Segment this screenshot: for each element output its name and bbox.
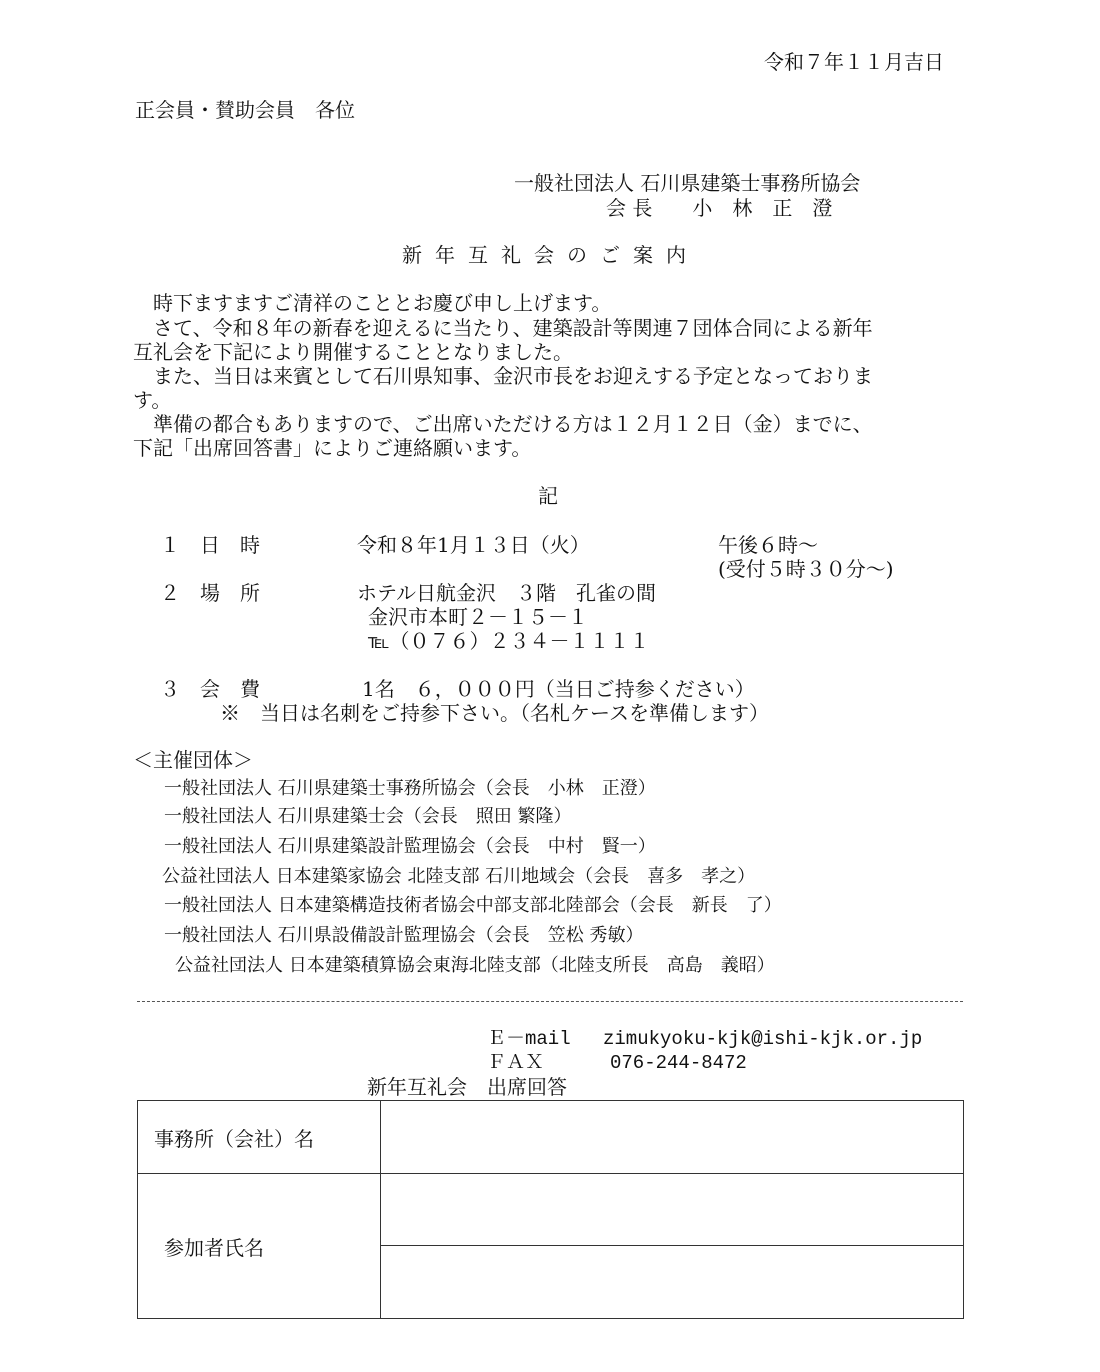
body-line: また、当日は来賓として石川県知事、金沢市長をお迎えする予定となっておりま (133, 366, 873, 386)
organizers-heading: ＜主催団体＞ (133, 750, 253, 770)
body-line: 互礼会を下記により開催することとなりました。 (133, 342, 573, 362)
fee-note: ※ 当日は名刺をご持参下さい。（名札ケースを準備します） (220, 703, 769, 723)
organizer-item: 一般社団法人 石川県建築士会（会長 照田 繁隆） (164, 808, 571, 826)
organizer-item: 一般社団法人 日本建築構造技術者協会中部支部北陸部会（会長 新長 了） (164, 897, 782, 915)
attendee-name-field-1[interactable] (381, 1174, 964, 1246)
body-line: 下記「出席回答書」によりご連絡願います。 (133, 438, 531, 458)
sender-name: 会 長 小 林 正 澄 (606, 198, 832, 218)
organizer-item: 一般社団法人 石川県建築士事務所協会（会長 小林 正澄） (164, 780, 656, 798)
detail-number: ２ (160, 583, 180, 603)
reception-time: (受付５時３０分～) (718, 559, 894, 579)
email-address[interactable]: zimukyoku-kjk@ishi-kjk.or.jp (603, 1030, 922, 1049)
office-name-label: 事務所（会社）名 (138, 1101, 381, 1174)
event-date: 令和８年1月１３日（火） (357, 535, 590, 555)
reply-form-table: 事務所（会社）名 参加者氏名 (137, 1100, 964, 1319)
document-title: 新年互礼会のご案内 (402, 245, 699, 265)
body-line: す。 (133, 390, 171, 410)
addressee: 正会員・賛助会員 各位 (135, 100, 355, 120)
detail-label: 場 所 (200, 583, 260, 603)
document-date: 令和７年１１月吉日 (764, 52, 944, 72)
event-time: 午後６時～ (718, 535, 818, 555)
organizer-item: 公益社団法人 日本建築家協会 北陸支部 石川地域会（会長 喜多 孝之） (162, 868, 755, 886)
organizer-item: 公益社団法人 日本建築積算協会東海北陸支部（北陸支所長 高島 義昭） (175, 957, 775, 975)
fax-number: 076-244-8472 (610, 1054, 747, 1073)
office-name-field[interactable] (381, 1101, 964, 1174)
venue-tel: ℡（０７６）２３４－１１１１ (368, 631, 649, 651)
detail-number: ３ (160, 679, 180, 699)
body-line: さて、令和８年の新春を迎えるに当たり、建築設計等関連７団体合同による新年 (133, 318, 873, 338)
cut-line-divider (137, 1001, 963, 1002)
venue-address: 金沢市本町２－１５－１ (368, 607, 588, 627)
attendee-name-field-2[interactable] (381, 1246, 964, 1319)
body-line: 準備の都合もありますので、ご出席いただける方は１２月１２日（金）までに、 (133, 414, 873, 434)
organizer-item: 一般社団法人 石川県設備設計監理協会（会長 笠松 秀敏） (164, 927, 643, 945)
sender-organization: 一般社団法人 石川県建築士事務所協会 (514, 173, 860, 193)
detail-label: 日 時 (200, 535, 260, 555)
reply-form-title: 新年互礼会 出席回答 (367, 1077, 567, 1097)
venue: ホテル日航金沢 ３階 孔雀の間 (357, 583, 656, 603)
attendee-name-label: 参加者氏名 (138, 1174, 381, 1319)
detail-label: 会 費 (200, 679, 260, 699)
fax-label: ＦＡＸ (487, 1054, 544, 1073)
body-line: 時下ますますご清祥のこととお慶び申し上げます。 (133, 293, 611, 313)
organizer-item: 一般社団法人 石川県建築設計監理協会（会長 中村 賢一） (164, 838, 656, 856)
detail-number: １ (160, 535, 180, 555)
email-label: Ｅ－mail (487, 1030, 571, 1049)
ki-heading: 記 (538, 486, 558, 506)
fee-amount: 1名 ６，０００円（当日ご持参ください） (362, 679, 755, 699)
